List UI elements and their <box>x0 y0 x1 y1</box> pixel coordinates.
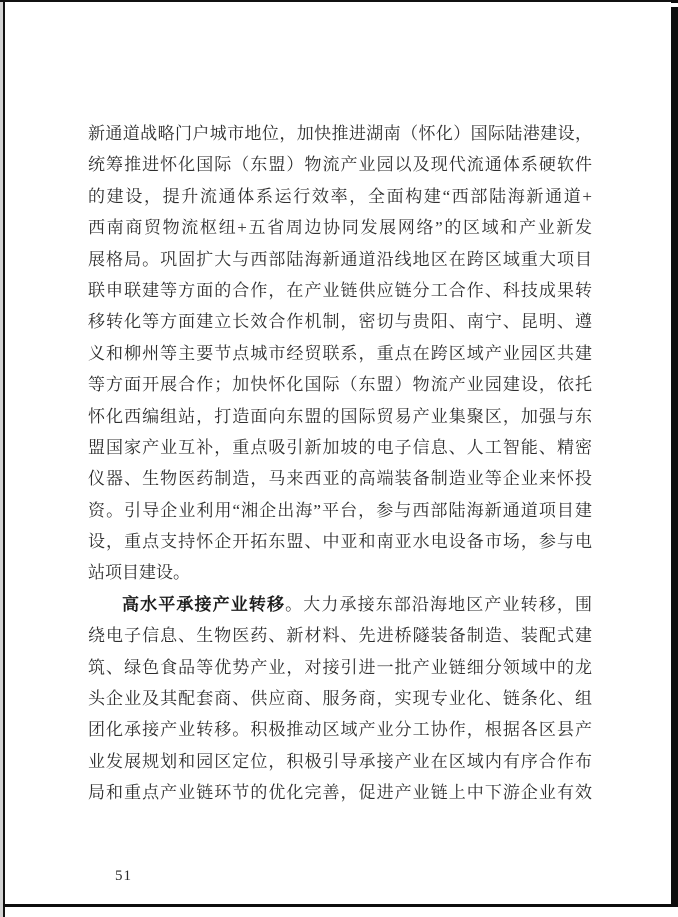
text-line: 移转化等方面建立长效合作机制，密切与贵阳、南宁、昆明、遵 <box>88 306 592 337</box>
paragraph-heading-continuation: 。大力承接东部沿海地区产业转移，围 <box>285 595 592 614</box>
text-line: 等方面开展合作；加快怀化国际（东盟）物流产业园建设，依托 <box>88 369 592 400</box>
text-line: 的建设，提升流通体系运行效率，全面构建“西部陆海新通道+ <box>88 181 592 212</box>
scanned-document-page: 新通道战略门户城市地位，加快推进湖南（怀化）国际陆港建设， 统筹推进怀化国际（东… <box>0 0 678 917</box>
document-body-text: 新通道战略门户城市地位，加快推进湖南（怀化）国际陆港建设， 统筹推进怀化国际（东… <box>88 118 592 809</box>
scan-border-top <box>0 0 678 2</box>
text-line: 展格局。巩固扩大与西部陆海新通道沿线地区在跨区域重大项目 <box>88 244 592 275</box>
text-line: 联申联建等方面的合作，在产业链供应链分工合作、科技成果转 <box>88 275 592 306</box>
text-line: 新通道战略门户城市地位，加快推进湖南（怀化）国际陆港建设， <box>88 118 592 149</box>
page-number: 51 <box>115 868 132 885</box>
text-line: 团化承接产业转移。积极推动区域产业分工协作，根据各区县产 <box>88 714 592 745</box>
text-line: 设，重点支持怀企开拓东盟、中亚和南亚水电设备市场，参与电 <box>88 526 592 557</box>
scan-border-left <box>3 0 5 917</box>
text-line: 头企业及其配套商、供应商、服务商，实现专业化、链条化、组 <box>88 683 592 714</box>
scan-border-bottom <box>3 904 678 907</box>
paragraph-heading: 高水平承接产业转移 <box>122 595 285 614</box>
text-line: 筑、绿色食品等优势产业，对接引进一批产业链细分领域中的龙 <box>88 652 592 683</box>
text-line-paragraph-start: 高水平承接产业转移。大力承接东部沿海地区产业转移，围 <box>88 589 592 620</box>
text-line: 仪器、生物医药制造，马来西亚的高端装备制造业等企业来怀投 <box>88 463 592 494</box>
text-line: 盟国家产业互补，重点吸引新加坡的电子信息、人工智能、精密 <box>88 432 592 463</box>
text-line: 西南商贸物流枢纽+五省周边协同发展网络”的区域和产业新发 <box>88 212 592 243</box>
text-line: 资。引导企业利用“湘企出海”平台，参与西部陆海新通道项目建 <box>88 495 592 526</box>
scan-corner-mark <box>671 0 678 3</box>
text-line: 怀化西编组站，打造面向东盟的国际贸易产业集聚区，加强与东 <box>88 401 592 432</box>
scan-border-right <box>671 7 678 906</box>
text-line: 义和柳州等主要节点城市经贸联系，重点在跨区域产业园区共建 <box>88 338 592 369</box>
text-line: 绕电子信息、生物医药、新材料、先进桥隧装备制造、装配式建 <box>88 620 592 651</box>
text-line: 统筹推进怀化国际（东盟）物流产业园以及现代流通体系硬软件 <box>88 149 592 180</box>
text-line: 局和重点产业链环节的优化完善，促进产业链上中下游企业有效 <box>88 777 592 808</box>
text-line: 站项目建设。 <box>88 557 592 588</box>
text-line: 业发展规划和园区定位，积极引导承接产业在区域内有序合作布 <box>88 746 592 777</box>
